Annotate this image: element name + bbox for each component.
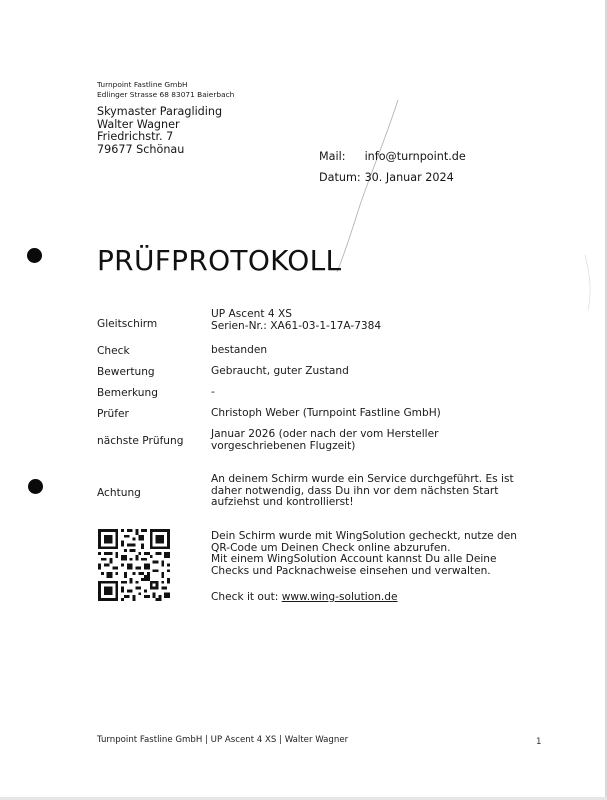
attention-line: An deinem Schirm wurde ein Service durch… <box>211 474 514 486</box>
row-value-check: bestanden <box>211 345 267 357</box>
row-value-bemerkung: - <box>211 387 215 399</box>
next-check-line: Januar 2026 (oder nach der vom Herstelle… <box>211 429 438 441</box>
footer-text: Turnpoint Fastline GmbH | UP Ascent 4 XS… <box>97 735 348 745</box>
date-value: 30. Januar 2024 <box>365 171 454 184</box>
row-label-check: Check <box>97 345 130 357</box>
cta-prefix: Check it out: <box>211 591 282 603</box>
date-label: Datum: <box>319 171 361 184</box>
mail-value[interactable]: info@turnpoint.de <box>365 150 466 163</box>
sender-address: Edlinger Strasse 68 83071 Baierbach <box>97 90 234 100</box>
row-label-naechste-pruefung: nächste Prüfung <box>97 435 183 447</box>
punch-hole-middle <box>28 479 43 494</box>
row-value-naechste-pruefung: Januar 2026 (oder nach der vom Herstelle… <box>211 429 438 452</box>
sender-block: Turnpoint Fastline GmbH Edlinger Strasse… <box>97 80 234 99</box>
qr-code-icon[interactable] <box>98 529 170 601</box>
wingsolution-cta: Check it out: www.wing-solution.de <box>211 592 398 604</box>
serial-number: Serien-Nr.: XA61-03-1-17A-7384 <box>211 321 381 333</box>
recipient-line: Friedrichstr. 7 <box>97 131 222 144</box>
attention-label: Achtung <box>97 487 141 499</box>
recipient-line: 79677 Schönau <box>97 144 222 157</box>
wingsolution-line: Checks und Packnachweise einsehen und ve… <box>211 566 517 578</box>
row-label-bewertung: Bewertung <box>97 366 155 378</box>
recipient-address: Skymaster Paragliding Walter Wagner Frie… <box>97 106 222 156</box>
page-number: 1 <box>536 737 541 747</box>
recipient-line: Skymaster Paragliding <box>97 106 222 119</box>
row-label-gleitschirm: Gleitschirm <box>97 318 157 330</box>
row-value-bewertung: Gebraucht, guter Zustand <box>211 366 349 378</box>
sender-company: Turnpoint Fastline GmbH <box>97 80 234 90</box>
attention-line: aufziehst und kontrollierst! <box>211 497 514 509</box>
mail-label: Mail: <box>319 150 361 163</box>
wingsolution-line: Dein Schirm wurde mit WingSolution geche… <box>211 531 517 543</box>
row-label-bemerkung: Bemerkung <box>97 387 158 399</box>
date-row: Datum: 30. Januar 2024 <box>319 171 454 184</box>
row-label-pruefer: Prüfer <box>97 408 129 420</box>
row-value-gleitschirm: UP Ascent 4 XS Serien-Nr.: XA61-03-1-17A… <box>211 309 381 332</box>
glider-model: UP Ascent 4 XS <box>211 309 381 321</box>
wingsolution-text: Dein Schirm wurde mit WingSolution geche… <box>211 531 517 577</box>
wingsolution-link[interactable]: www.wing-solution.de <box>282 591 398 603</box>
next-check-line: vorgeschriebenen Flugzeit) <box>211 441 438 453</box>
attention-text: An deinem Schirm wurde ein Service durch… <box>211 474 514 509</box>
scan-scratch-mark <box>0 0 607 800</box>
row-value-pruefer: Christoph Weber (Turnpoint Fastline GmbH… <box>211 408 441 420</box>
punch-hole-top <box>27 248 42 263</box>
mail-row: Mail: info@turnpoint.de <box>319 150 466 163</box>
document-title: PRÜFPROTOKOLL <box>97 244 341 277</box>
